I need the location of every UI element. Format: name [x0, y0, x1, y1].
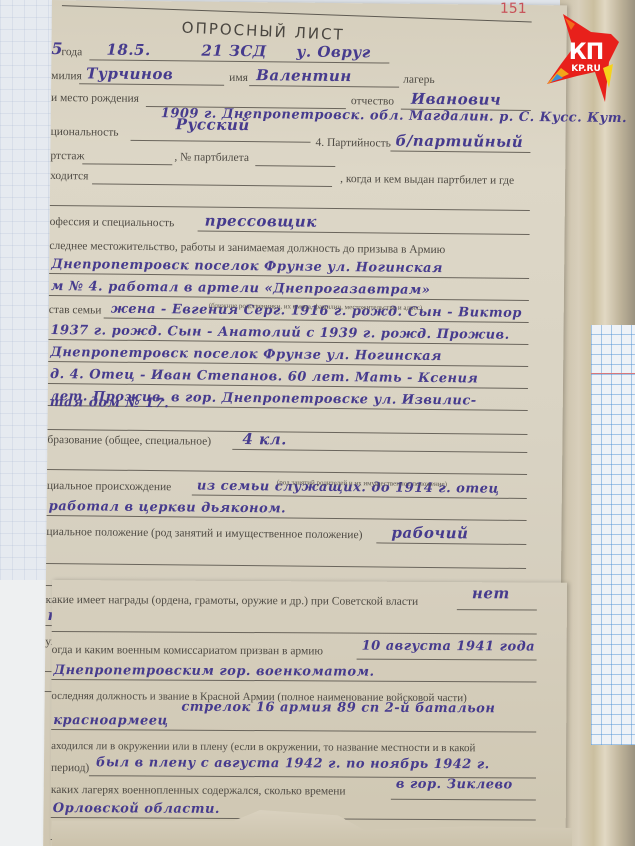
- logo-text: КП: [551, 42, 621, 64]
- last-position-line-2: красноармеец: [53, 713, 168, 729]
- pow-camps-line-2: Орловской области.: [53, 801, 220, 817]
- logo-subtext: KP.RU: [551, 64, 621, 74]
- party-card-where-suffix: , когда и кем выдан партбилет и где: [340, 173, 514, 187]
- education-value: 4 кл.: [242, 430, 287, 448]
- captivity-label: аходился ли в окружении или в плену (есл…: [51, 740, 475, 754]
- profession-rule: [198, 231, 530, 235]
- profession-value: прессовщик: [205, 212, 317, 231]
- line-rule: [51, 679, 536, 683]
- row-education-blank: [47, 450, 547, 477]
- social-origin-line-2: работал в церкви дьяконом.: [49, 499, 287, 516]
- archive-number: 151: [500, 1, 527, 17]
- row-blank-1: [50, 186, 550, 213]
- pow-camps-value: в гор. Зиклево: [396, 777, 513, 793]
- name-value: Валентин: [256, 66, 352, 85]
- party-card-label: , № партбилета: [174, 151, 249, 164]
- conscription-line-2: Днепропетровским гор. военкоматом.: [53, 663, 374, 680]
- questionnaire-sheet-lower: акие имеет награды (ордена, грамоты, ору…: [51, 580, 567, 846]
- row-last-position-2: красноармеец: [51, 710, 551, 735]
- conscription-label: огда и каким военным комиссариатом призв…: [52, 644, 323, 657]
- row-profession: офессия и специальность прессовщик: [50, 210, 550, 237]
- date-value: 18.5.: [106, 41, 150, 59]
- line-rule: [457, 609, 537, 610]
- conscription-value: 10 августа 1941 года: [362, 639, 536, 655]
- line-rule: [357, 659, 537, 661]
- party-card-where-label: ходится: [50, 170, 88, 182]
- education-label: бразование (общее, специальное): [47, 434, 211, 448]
- row-social-origin-2: работал в церкви дьяконом.: [47, 496, 547, 523]
- social-status-label: циальное положение (род занятий и имущес…: [46, 526, 362, 541]
- top-rule: [62, 5, 532, 22]
- awards-label: акие имеет награды (ордена, грамоты, ору…: [52, 594, 418, 608]
- party-tenure-label: ртстаж: [50, 150, 84, 162]
- awards-value: нет: [472, 584, 510, 602]
- kp-logo: КП KP.RU: [543, 12, 625, 104]
- date-place: у. Овруг: [296, 43, 370, 62]
- row-conscription: огда и каким военным комиссариатом призв…: [52, 638, 552, 663]
- camp-label: лагерь: [403, 74, 435, 86]
- pow-camps-label: каких лагерях военнопленных содержался, …: [51, 784, 346, 798]
- line-rule: [376, 542, 526, 545]
- date-extra: 21 ЗСД: [201, 42, 266, 61]
- name-label: имя: [229, 72, 248, 84]
- captivity-label-2: период): [51, 762, 89, 774]
- row-conscription-2: Днепропетровским гор. военкоматом.: [51, 660, 551, 685]
- surname-label: милия: [51, 70, 82, 82]
- family-label: став семьи: [49, 304, 102, 317]
- name-rule: [249, 85, 399, 88]
- social-status-value: рабочий: [391, 524, 468, 543]
- graph-paper-sheet: [591, 325, 635, 745]
- row-awards: акие имеет награды (ордена, грамоты, ору…: [52, 588, 552, 613]
- row-blank-6: [52, 612, 552, 637]
- line-rule: [52, 631, 537, 635]
- row-date: 5 года 18.5. 21 ЗСД у. Овруг: [51, 40, 551, 67]
- row-social-status: циальное положение (род занятий и имущес…: [46, 520, 546, 547]
- surname-value: Турчинов: [86, 64, 173, 83]
- profession-label: офессия и специальность: [50, 216, 175, 229]
- social-origin-label: циальное происхождение: [47, 480, 171, 493]
- surname-rule: [79, 83, 224, 86]
- date-label: года: [61, 46, 82, 58]
- captivity-value: был в плену с августа 1942 г. по ноябрь …: [96, 755, 490, 772]
- document-title: ОПРОСНЫЙ ЛИСТ: [181, 19, 345, 44]
- family-line-6: тая дом № 17.: [50, 395, 170, 411]
- line-rule: [51, 729, 536, 733]
- graph-paper-margin-line: [591, 373, 635, 374]
